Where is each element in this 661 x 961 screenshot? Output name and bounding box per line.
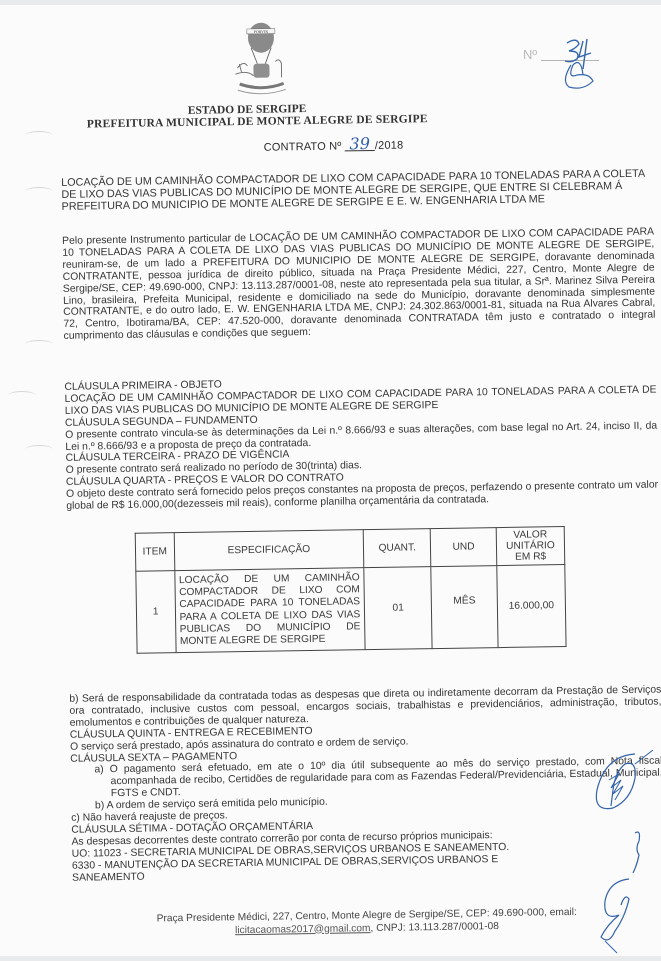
- signature-icon: [595, 825, 655, 955]
- punch-hole-mark: [25, 340, 53, 349]
- table-row: 1 LOCAÇÃO DE UM CAMINHÃO COMPACTADOR DE …: [136, 565, 566, 654]
- footer-cnpj: , CNPJ: 13.113.287/0001-08: [370, 921, 499, 934]
- col-specification: ESPECIFICAÇÃO: [174, 530, 364, 571]
- signature-icon: [585, 750, 655, 830]
- cell-specification: LOCAÇÃO DE UM CAMINHÃO COMPACTADOR DE LI…: [174, 568, 365, 653]
- contract-number: 39: [345, 138, 375, 151]
- cell-item: 1: [136, 571, 176, 654]
- contract-prefix: CONTRATO Nº: [264, 140, 342, 153]
- clauses-4b-7: b) Será de responsabilidade da contratad…: [69, 685, 661, 885]
- clauses-1-4: CLÁUSULA PRIMEIRA - OBJETO LOCAÇÃO DE UM…: [64, 373, 658, 513]
- budget-table: ITEM ESPECIFICAÇÃO QUANT. UND VALOR UNIT…: [135, 526, 567, 654]
- handwritten-page-number-icon: [553, 35, 613, 95]
- page-number-label: Nº: [523, 47, 537, 62]
- punch-hole-mark: [8, 391, 36, 400]
- crest-motto: PORVIR: [254, 29, 269, 34]
- scanned-page: Nº PORVIR ESTADO DE SERGIPE PREFEITURA M…: [0, 5, 661, 956]
- document-body: PORVIR ESTADO DE SERGIPE PREFEITURA MUNI…: [66, 5, 644, 10]
- cell-unit-value: 16.000,00: [497, 565, 566, 648]
- cell-quantity: 01: [364, 567, 432, 650]
- col-unit-value: VALOR UNITÁRIO EM R$: [496, 527, 565, 566]
- col-unit: UND: [430, 528, 496, 567]
- contract-preamble: Pelo presente Instrumento particular de …: [62, 227, 656, 343]
- punch-hole-mark: [25, 187, 53, 196]
- col-item: ITEM: [135, 533, 174, 572]
- cell-unit: MÊS: [431, 566, 498, 649]
- punch-hole-mark: [25, 445, 53, 454]
- footer-email[interactable]: licitacaomas2017@gmail.com: [235, 923, 371, 936]
- punch-hole-mark: [25, 131, 53, 140]
- contract-summary: LOCAÇÃO DE UM CAMINHÃO COMPACTADOR DE LI…: [61, 168, 653, 213]
- page-footer: Praça Presidente Médici, 227, Centro, Mo…: [127, 906, 607, 939]
- contract-year: /2018: [375, 139, 404, 151]
- contract-title: CONTRATO Nº 39/2018: [264, 137, 404, 153]
- col-quantity: QUANT.: [363, 529, 431, 568]
- municipal-crest-icon: PORVIR: [233, 19, 290, 100]
